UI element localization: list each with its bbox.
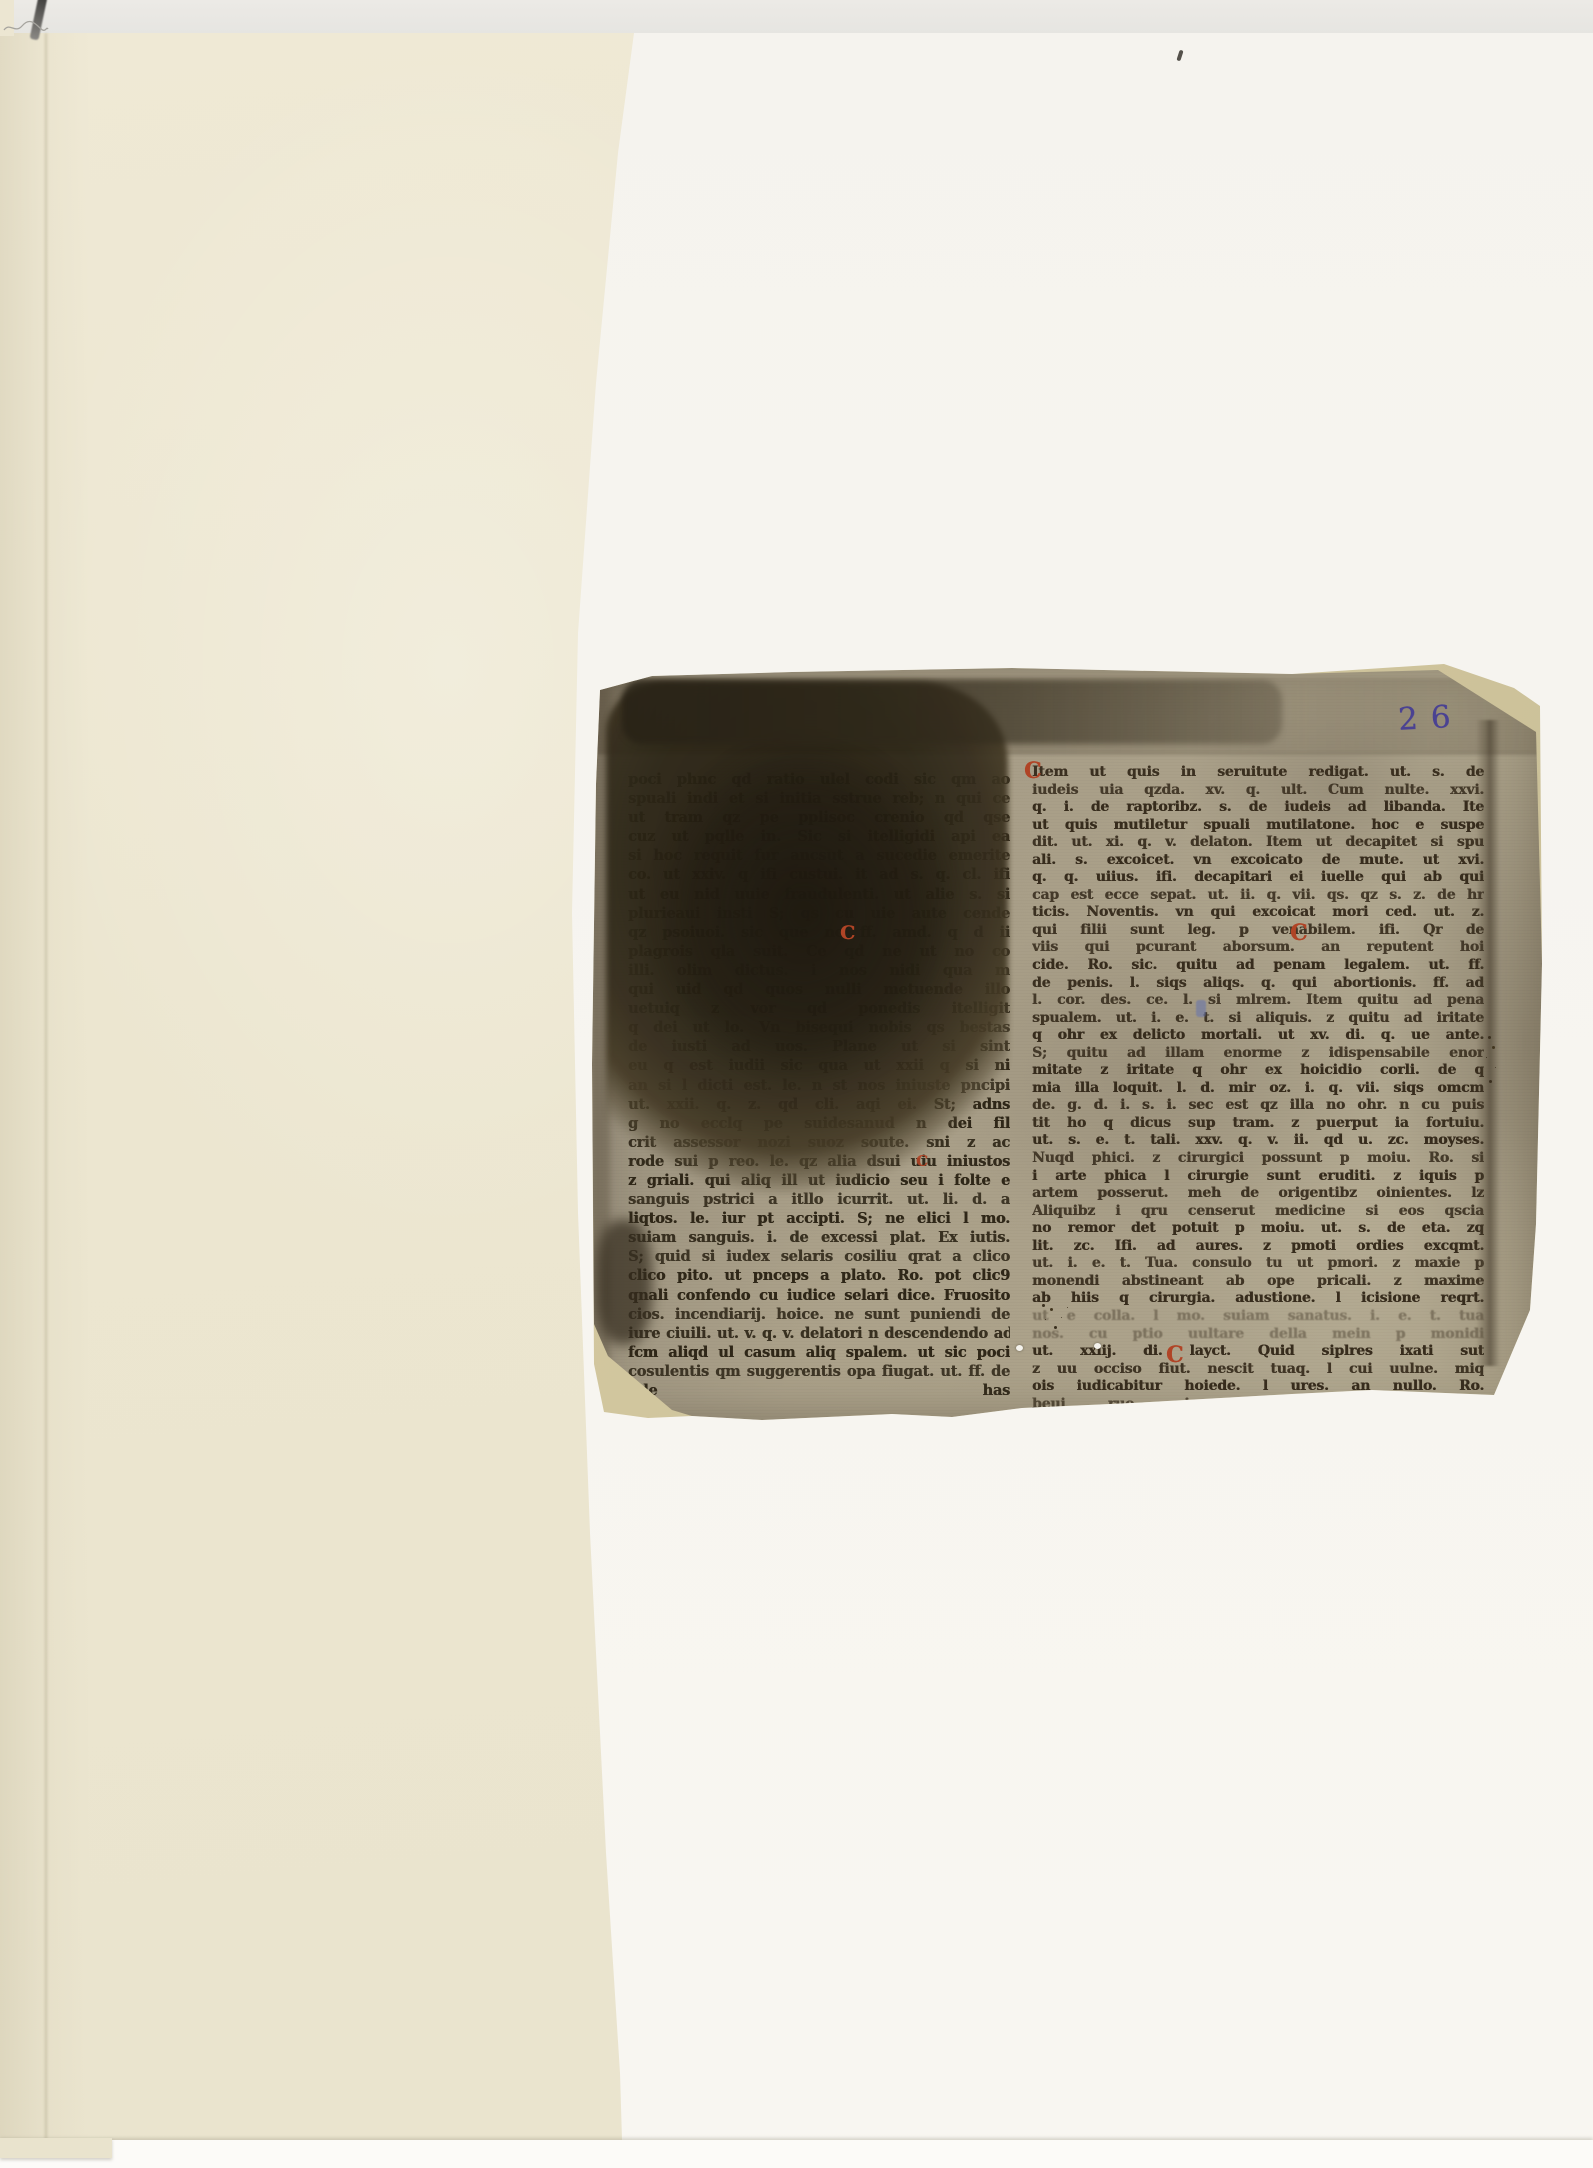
right-text-column: Item ut quis in seruitute redigat. ut. s…	[1032, 764, 1484, 1413]
album-page-crease	[44, 33, 48, 2140]
manuscript-text-line: ticis. Noventis. vn qui excoicat mori ce…	[1032, 904, 1484, 922]
manuscript-text-line: monendi abstineant ab ope pricali. z max…	[1032, 1273, 1484, 1291]
manuscript-text-line: no remor det potuit p moiu. ut. s. de et…	[1032, 1220, 1484, 1238]
folio-number: 26	[1397, 698, 1464, 737]
manuscript-text-line: Item ut quis in seruitute redigat. ut. s…	[1032, 764, 1484, 782]
manuscript-text-line: iudeis uia qzda. xv. q. ult. Cum nulte. …	[1032, 782, 1484, 800]
red-paraph-icon: C	[1166, 1344, 1184, 1366]
manuscript-text-line: ut e colla. l mo. suiam sanatus. i. e. t…	[1032, 1308, 1484, 1326]
manuscript-text-line: S; quitu ad illam enorme z idispensabile…	[1032, 1045, 1484, 1063]
manuscript-text-line: cap est ecce sepat. ut. ii. q. vii. qs. …	[1032, 887, 1484, 905]
manuscript-text-line: q ohr ex delicto mortali. ut xv. di. q. …	[1032, 1027, 1484, 1045]
manuscript-text-line: l. cor. des. ce. l. si mlrem. Item quitu…	[1032, 992, 1484, 1010]
backdrop-bottom-band	[0, 2140, 1593, 2168]
ink-specks	[1488, 1036, 1491, 1039]
stain-top-extension	[622, 680, 1282, 744]
stain-left-extension	[596, 1220, 652, 1344]
manuscript-text-line: ab hiis q cirurgia. adustione. l icision…	[1032, 1290, 1484, 1308]
manuscript-text-line: qnali confendo cu iudice selari dice. Fr…	[628, 1286, 1010, 1305]
manuscript-text-line: de. g. d. i. s. i. sec est qz illa no oh…	[1032, 1097, 1484, 1115]
manuscript-text-line: clico pito. ut pnceps a plato. Ro. pot c…	[628, 1266, 1010, 1285]
right-fold-line	[1476, 720, 1500, 1366]
ink-specks	[1042, 1304, 1045, 1307]
manuscript-text-line: cosulentis qm suggerentis opa fiugat. ut…	[628, 1362, 1010, 1381]
manuscript-text-line: q. q. uiius. ifi. decapitari ei iuelle q…	[1032, 869, 1484, 887]
manuscript-text-line: z uu occiso fiut. nescit tuaq. l cui uul…	[1032, 1361, 1484, 1379]
manuscript-text-line: spualem. ut. i. e. t. si aliquis. z quit…	[1032, 1010, 1484, 1028]
manuscript-text-line: Aliquibz i qru censerut medicine si eos …	[1032, 1203, 1484, 1221]
manuscript-text-line: cios. incendiarij. hoice. ne sunt punien…	[628, 1305, 1010, 1324]
manuscript-text-line: q. i. de raptoribz. s. de iudeis ad liba…	[1032, 799, 1484, 817]
backdrop-top-band	[0, 0, 1593, 33]
pencil-scribble	[2, 14, 50, 40]
manuscript-text-line: ut. i. e. t. Tua. consulo tu ut pmori. z…	[1032, 1255, 1484, 1273]
manuscript-text-line: beui ruo sic i del qua uulnare	[1032, 1396, 1484, 1414]
manuscript-text-line: ut quis mutiletur spuali mutilatone. hoc…	[1032, 817, 1484, 835]
underlying-page-stub	[0, 2138, 112, 2158]
album-page	[0, 33, 640, 2140]
manuscript-text-line: artem posserut. meh de origentibz oinien…	[1032, 1185, 1484, 1203]
parchment-hole	[1094, 1343, 1101, 1349]
manuscript-text-line: fele has	[628, 1381, 1010, 1400]
manuscript-text-line: ois iudicabitur hoiede. l ures. an nullo…	[1032, 1378, 1484, 1396]
manuscript-text-line: mia illa loquit. l. d. mir oz. i. q. vii…	[1032, 1080, 1484, 1098]
blue-paraph-icon	[1196, 1000, 1206, 1017]
manuscript-text-line: dit. ut. xi. q. v. delaton. Item ut deca…	[1032, 834, 1484, 852]
manuscript-text-line: nos. cu ptio uultare della mein p monidi	[1032, 1326, 1484, 1344]
manuscript-text-line: mitate z iritate q ohr ex hoicidio corli…	[1032, 1062, 1484, 1080]
manuscript-text-line: lit. zc. Ifi. ad aures. z pmoti ordies e…	[1032, 1238, 1484, 1256]
red-paraph-icon: C	[1024, 760, 1042, 782]
manuscript-text-line: viis qui pcurant aborsum. an reputent ho…	[1032, 939, 1484, 957]
manuscript-text-line: S; quid si iudex selaris cosiliu qrat a …	[628, 1247, 1010, 1266]
manuscript-text-line: fcm aliqd ul casum aliq spalem. ut sic p…	[628, 1343, 1010, 1362]
parchment-leaf: poci phnc qd ratio ulel codi sic qm aosp…	[592, 664, 1544, 1420]
photo-backdrop: poci phnc qd ratio ulel codi sic qm aosp…	[0, 0, 1593, 2168]
manuscript-text-line: i arte phica l cirurgie sunt eruditi. z …	[1032, 1168, 1484, 1186]
manuscript-text-line: tit ho q dicus sup tram. z puerput ia fo…	[1032, 1115, 1484, 1133]
manuscript-text-line: ut. s. e. t. tali. xxv. q. v. ii. qd u. …	[1032, 1132, 1484, 1150]
dark-stain-core	[644, 734, 964, 1094]
manuscript-text-line: iure ciuili. ut. v. q. v. delatori n des…	[628, 1324, 1010, 1343]
backdrop-fleck	[1176, 50, 1183, 62]
manuscript-text-line: Nuqd phici. z cirurgici possunt p moiu. …	[1032, 1150, 1484, 1168]
manuscript-fragment: poci phnc qd ratio ulel codi sic qm aosp…	[592, 664, 1544, 1420]
parchment-hole	[1016, 1345, 1023, 1351]
red-paraph-icon: C	[916, 1154, 928, 1169]
manuscript-text-line: qui filii sunt leg. p venabilem. ifi. Qr…	[1032, 922, 1484, 940]
manuscript-text-line: ali. s. excoicet. vn excoicato de mute. …	[1032, 852, 1484, 870]
red-paraph-icon: C	[840, 924, 855, 943]
red-paraph-icon: C	[1290, 922, 1308, 944]
manuscript-text-line: de penis. l. siqs aliqs. q. qui abortion…	[1032, 975, 1484, 993]
manuscript-text-line: cide. Ro. sic. quitu ad penam legalem. u…	[1032, 957, 1484, 975]
